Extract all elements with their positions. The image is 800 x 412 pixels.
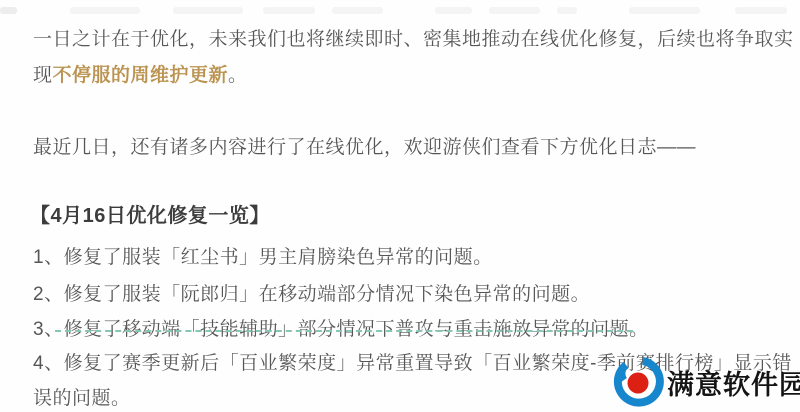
top-edge-artifact	[629, 7, 700, 14]
intro-paragraph: 一日之计在于优化，未来我们也将继续即时、密集地推动在线优化修复，后续也将争取实 …	[33, 22, 797, 94]
article-page: 一日之计在于优化，未来我们也将继续即时、密集地推动在线优化修复，后续也将争取实 …	[0, 0, 800, 412]
top-edge-artifact	[332, 7, 383, 14]
changelog-heading: 【4月16日优化修复一览】	[30, 199, 270, 228]
top-edge-artifact	[435, 7, 472, 14]
top-edge-artifact	[735, 7, 787, 14]
site-logo-icon	[612, 356, 664, 408]
intro-line-1: 一日之计在于优化，未来我们也将继续即时、密集地推动在线优化修复，后续也将争取实	[33, 22, 797, 58]
site-watermark: 满意软件园	[612, 356, 800, 408]
changelog-item-2: 2、修复了服装「阮郎归」在移动端部分情况下染色异常的问题。	[33, 277, 797, 312]
notice-paragraph: 最近几日，还有诸多内容进行了在线优化，欢迎游侠们查看下方优化日志——	[33, 130, 797, 166]
site-name: 满意软件园	[667, 363, 800, 402]
top-edge-artifact	[557, 7, 577, 14]
intro-line-2: 现不停服的周维护更新。	[33, 58, 797, 94]
changelog-item-1: 1、修复了服装「红尘书」男主肩膀染色异常的问题。	[33, 240, 797, 275]
intro-line-2-suffix: 。	[228, 65, 248, 86]
top-edge-artifact	[173, 7, 243, 14]
intro-line-2-prefix: 现	[33, 65, 53, 86]
top-edge-artifact	[489, 7, 540, 14]
dashed-underline	[55, 330, 633, 332]
highlighted-update-text: 不停服的周维护更新	[53, 65, 229, 86]
top-edge-artifact	[70, 7, 140, 14]
logo-red-dot	[628, 373, 649, 394]
top-edge-artifact	[0, 7, 17, 14]
top-edge-artifact	[263, 7, 315, 14]
